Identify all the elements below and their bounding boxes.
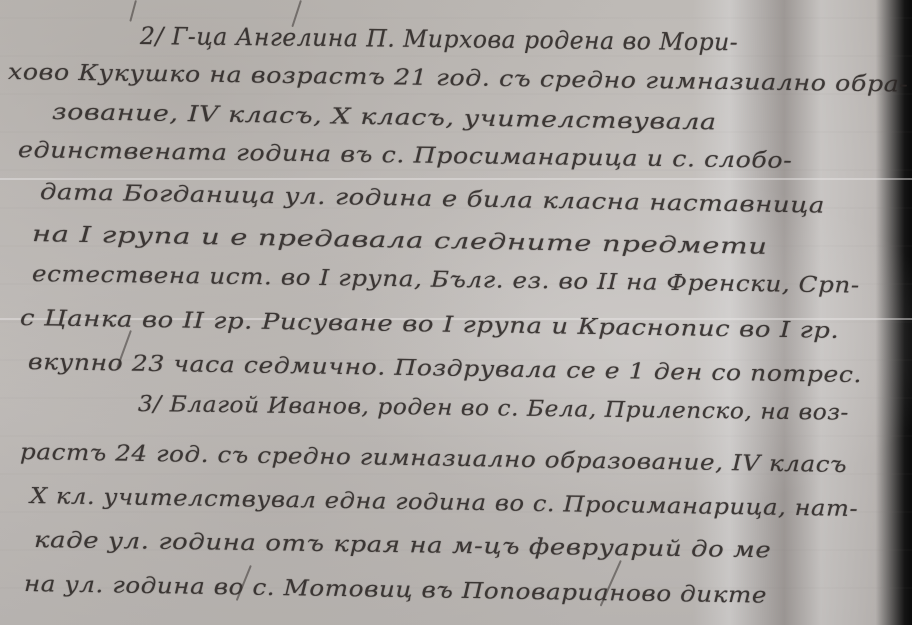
handwritten-line: хово Кукушко на возрастъ 21 год. съ сред… bbox=[8, 60, 909, 98]
handwritten-line: зование, IV класъ, X класъ, учителствува… bbox=[52, 100, 717, 135]
handwritten-line: X кл. учителствувал една година во с. Пр… bbox=[30, 484, 859, 522]
handwritten-line: единствената година въ с. Просиманарица … bbox=[18, 138, 793, 174]
handwritten-text-block: 2/ Г-ца Ангелина П. Мирхова родена во Мо… bbox=[0, 0, 912, 625]
handwritten-line: 2/ Г-ца Ангелина П. Мирхова родена во Мо… bbox=[140, 22, 738, 56]
handwritten-line: с Цанка во II гр. Рисуване во I група и … bbox=[20, 306, 840, 344]
handwritten-line: 3/ Благой Иванов, роден во с. Бела, Прил… bbox=[138, 392, 849, 426]
handwritten-line: растъ 24 год. съ средно гимназиално обра… bbox=[20, 440, 847, 478]
handwritten-line: дата Богданица ул. година е била класна … bbox=[40, 180, 825, 219]
handwritten-line: вкупно 23 часа седмично. Поздрувала се е… bbox=[28, 350, 862, 388]
handwritten-line: на ул. година во с. Мотовиц въ Поповариа… bbox=[24, 572, 767, 609]
manuscript-photo: 2/ Г-ца Ангелина П. Мирхова родена во Мо… bbox=[0, 0, 912, 625]
handwritten-line: на I група и е предавала следните предме… bbox=[32, 222, 768, 260]
handwritten-line: каде ул. година отъ края на м-цъ февруар… bbox=[34, 528, 772, 563]
handwritten-line: естествена ист. во I група, Бълг. ез. во… bbox=[32, 262, 860, 299]
